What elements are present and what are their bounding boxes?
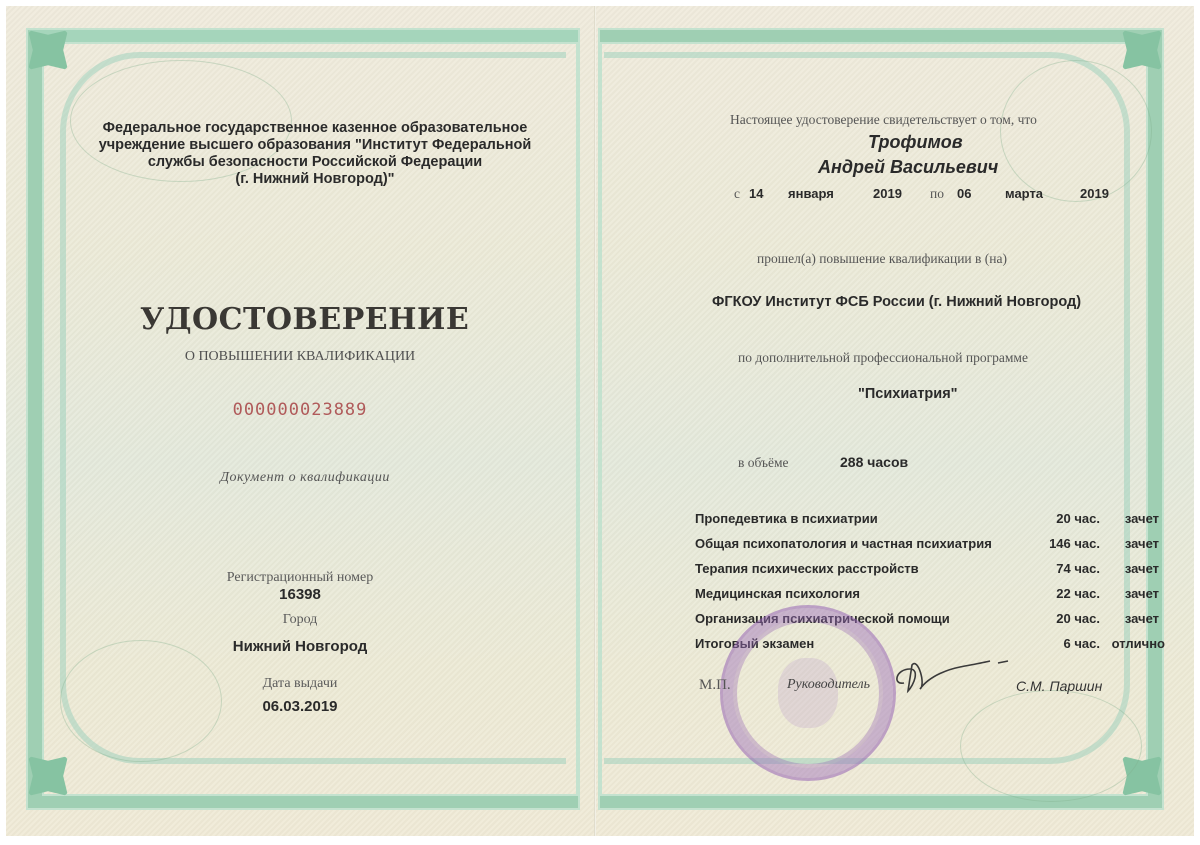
subject-hours: 6 час. xyxy=(1025,636,1100,651)
period-to-label: по xyxy=(930,186,944,202)
institution-line: службы безопасности Российской Федерации xyxy=(80,154,550,171)
period-to-year: 2019 xyxy=(1080,186,1109,201)
institution-name: Федеральное государственное казенное обр… xyxy=(80,120,550,188)
subject-name: Терапия психических расстройств xyxy=(695,561,919,576)
institution-line: учреждение высшего образования "Институт… xyxy=(80,137,550,154)
subject-name: Медицинская психология xyxy=(695,586,860,601)
volume-label: в объёме xyxy=(738,455,789,471)
page-fold xyxy=(594,6,596,836)
given-names: Андрей Васильевич xyxy=(818,157,998,178)
subject-grade: зачет xyxy=(1105,536,1159,551)
issue-date: 06.03.2019 xyxy=(200,698,400,715)
organization: ФГКОУ Институт ФСБ России (г. Нижний Нов… xyxy=(712,294,1081,310)
subject-grade: зачет xyxy=(1105,611,1159,626)
period-from-day: 14 xyxy=(749,186,763,201)
guilloche-pattern xyxy=(60,640,222,762)
institution-line: Федеральное государственное казенное обр… xyxy=(80,120,550,137)
subject-row: Пропедевтика в психиатрии 20 час. зачет xyxy=(695,511,1155,531)
subject-hours: 20 час. xyxy=(1025,511,1100,526)
period-from-year: 2019 xyxy=(873,186,902,201)
period-from-month: января xyxy=(788,186,834,201)
reg-number-label: Регистрационный номер xyxy=(200,570,400,586)
period-from-label: с xyxy=(734,186,740,202)
coat-of-arms-emblem xyxy=(778,658,838,728)
head-label: Руководитель xyxy=(787,677,870,693)
serial-number: 000000023889 xyxy=(140,400,460,420)
subject-name: Пропедевтика в психиатрии xyxy=(695,511,878,526)
subject-hours: 20 час. xyxy=(1025,611,1100,626)
subject-row: Терапия психических расстройств 74 час. … xyxy=(695,561,1155,581)
corner-ornament xyxy=(28,30,68,70)
seal-placeholder-label: М.П. xyxy=(699,677,731,694)
intro-text: Настоящее удостоверение свидетельствует … xyxy=(730,112,1037,128)
subject-grade: зачет xyxy=(1105,561,1159,576)
official-seal xyxy=(720,605,896,781)
document-title: УДОСТОВЕРЕНИЕ xyxy=(140,302,460,337)
subject-grade: зачет xyxy=(1105,511,1159,526)
period-to-month: марта xyxy=(1005,186,1043,201)
guilloche-pattern xyxy=(960,690,1142,802)
reg-number: 16398 xyxy=(200,586,400,603)
corner-ornament xyxy=(28,756,68,796)
document-type-label: Документ о квалификации xyxy=(180,470,430,486)
city: Нижний Новгород xyxy=(180,638,420,655)
subject-name: Общая психопатология и частная психиатри… xyxy=(695,536,992,551)
head-name: С.М. Паршин xyxy=(1016,678,1102,694)
subject-grade: отлично xyxy=(1105,636,1165,651)
subject-grade: зачет xyxy=(1105,586,1159,601)
subject-row: Общая психопатология и частная психиатри… xyxy=(695,536,1155,556)
subject-hours: 22 час. xyxy=(1025,586,1100,601)
surname: Трофимов xyxy=(868,132,963,153)
guilloche-pattern xyxy=(1000,60,1152,202)
period-to-day: 06 xyxy=(957,186,971,201)
subject-hours: 146 час. xyxy=(1025,536,1100,551)
signature xyxy=(890,655,1020,705)
subject-hours: 74 час. xyxy=(1025,561,1100,576)
institution-line: (г. Нижний Новгород)" xyxy=(80,171,550,188)
document-subtitle: О ПОВЫШЕНИИ КВАЛИФИКАЦИИ xyxy=(140,349,460,365)
program-label: по дополнительной профессиональной прогр… xyxy=(738,350,1028,366)
subject-row: Медицинская психология 22 час. зачет xyxy=(695,586,1155,606)
corner-ornament xyxy=(1122,30,1162,70)
program-name: "Психиатрия" xyxy=(858,386,958,402)
issue-date-label: Дата выдачи xyxy=(200,676,400,692)
completed-label: прошел(а) повышение квалификации в (на) xyxy=(757,251,1007,267)
volume-hours: 288 часов xyxy=(840,454,908,470)
city-label: Город xyxy=(200,612,400,628)
